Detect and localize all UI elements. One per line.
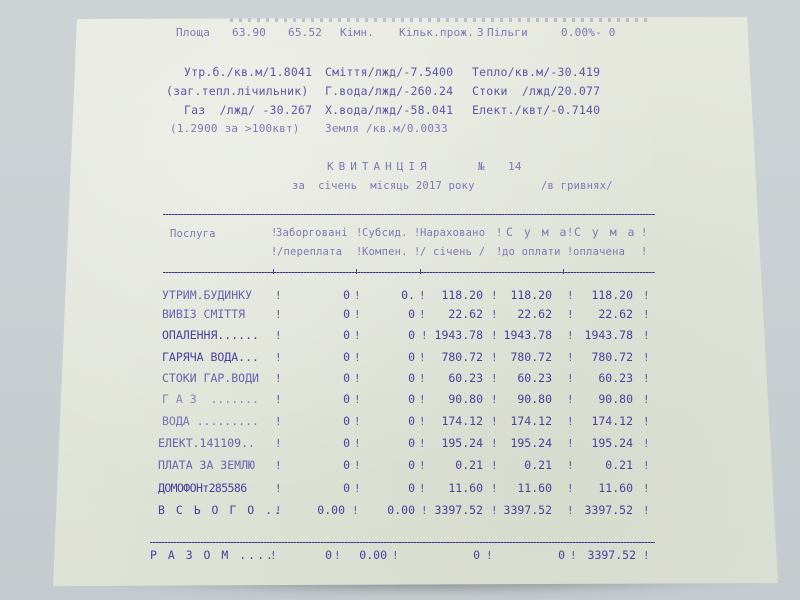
header-debt-line1: Заборговані	[276, 228, 348, 239]
debt-value: 0	[310, 309, 350, 321]
tariff-gas: Газ /лжд/ -30.267	[184, 105, 312, 117]
service-name: СТОКИ ГАР.ВОДИ	[162, 373, 259, 385]
cut-off-text	[230, 18, 650, 22]
subsidy-value: 0	[375, 416, 415, 428]
column-separator: !	[275, 459, 282, 472]
header-accrued-line2: / січень /	[420, 247, 485, 258]
paid-value: 1943.78	[575, 330, 633, 342]
subsidy-value: 0	[375, 309, 415, 321]
debt-value: 0	[310, 460, 350, 472]
due-value: 1943.78	[495, 330, 552, 342]
paid-value: 11.60	[575, 483, 633, 495]
header-debt-line2: /переплата	[277, 247, 342, 258]
service-name: ВОДА .........	[162, 416, 259, 428]
paid-value: 0.21	[575, 460, 633, 472]
subsidy-value: 0	[375, 373, 415, 385]
column-separator: !	[567, 372, 574, 385]
paid-value: 118.20	[575, 290, 633, 302]
column-separator: !	[567, 482, 574, 495]
column-separator: !	[567, 504, 574, 517]
total-accrued: 3397.52	[425, 505, 483, 517]
grand-total-accrued: 0	[440, 550, 480, 562]
accrued-value: 0.21	[425, 460, 483, 472]
due-value: 195.24	[495, 438, 552, 450]
column-separator: !	[643, 549, 650, 562]
service-name: ПЛАТА ЗА ЗЕМЛЮ	[158, 460, 255, 472]
header-end-sep: !	[641, 228, 648, 239]
column-separator: !	[275, 351, 282, 364]
subsidy-value: 0	[375, 352, 415, 364]
due-value: 11.60	[495, 483, 552, 495]
debt-value: 0	[310, 352, 350, 364]
column-separator: !	[643, 308, 650, 321]
total-debt: 0.00	[300, 505, 345, 517]
column-separator: !	[567, 308, 574, 321]
column-separator: !	[275, 393, 282, 406]
tariff-cold-water: Х.вода/лжд/-58.041	[325, 105, 453, 117]
area-label: Площа	[176, 27, 210, 38]
paid-value: 90.80	[575, 394, 633, 406]
column-separator: !	[354, 372, 361, 385]
heated-area: 65.52	[288, 27, 322, 38]
grand-total-due: 0	[530, 550, 565, 562]
total-label: В С Ь О Г О ..	[158, 505, 283, 517]
due-value: 118.20	[495, 290, 552, 302]
debt-value: 0	[310, 483, 350, 495]
tariff-heating: Тепло/кв.м/-30.419	[472, 67, 600, 79]
due-value: 90.80	[495, 394, 552, 406]
column-separator: !	[270, 549, 277, 562]
rule-tick	[563, 269, 564, 274]
column-separator: !	[275, 289, 282, 302]
service-name: ВИВІЗ СМІТТЯ	[162, 309, 245, 321]
subsidy-value: 0	[375, 394, 415, 406]
column-separator: !	[392, 549, 399, 562]
rule-tick	[420, 269, 421, 274]
column-separator: !	[275, 308, 282, 321]
grand-total-paid: 3397.52	[578, 550, 636, 562]
accrued-value: 60.23	[425, 373, 483, 385]
column-separator: !	[567, 459, 574, 472]
total-area: 63.90	[232, 27, 266, 38]
accrued-value: 22.62	[425, 309, 483, 321]
paid-value: 195.24	[575, 438, 633, 450]
accrued-value: 195.24	[425, 438, 483, 450]
residents-label: Кільк.прож.	[399, 27, 474, 38]
column-separator: !	[486, 549, 493, 562]
column-separator: !	[643, 351, 650, 364]
header-subsidy-line2: Компен.	[362, 247, 408, 258]
debt-value: 0	[310, 394, 350, 406]
due-value: 780.72	[495, 352, 552, 364]
subsidy-value: 0.	[375, 290, 415, 302]
header-paid-line2: оплачена	[573, 247, 625, 258]
debt-value: 0	[310, 416, 350, 428]
grand-total-label: Р А З О М ....	[150, 550, 275, 562]
column-separator: !	[275, 329, 282, 342]
debt-value: 0	[310, 290, 350, 302]
total-paid: 3397.52	[575, 505, 633, 517]
tariff-meter-note: (заг.тепл.лічильник)	[166, 86, 308, 98]
tariff-hot-water: Г.вода/лжд/-260.24	[325, 86, 453, 98]
header-paid-sep: !	[567, 228, 574, 239]
due-value: 174.12	[495, 416, 552, 428]
column-separator: !	[567, 351, 574, 364]
due-value: 60.23	[495, 373, 552, 385]
column-separator: !	[275, 415, 282, 428]
column-separator: !	[567, 437, 574, 450]
accrued-value: 118.20	[425, 290, 483, 302]
column-separator: !	[352, 504, 359, 517]
tariff-sewage: Стоки /лжд/20.077	[472, 86, 600, 98]
column-separator: !	[567, 393, 574, 406]
column-separator: !	[567, 415, 574, 428]
rooms-label: Кімн.	[340, 27, 374, 38]
debt-value: 0	[310, 373, 350, 385]
table-top-rule	[163, 214, 655, 215]
column-separator: !	[354, 289, 361, 302]
paid-value: 780.72	[575, 352, 633, 364]
total-due: 3397.52	[495, 505, 552, 517]
header-due-sep: !	[496, 228, 503, 239]
service-name: УТРИМ.БУДИНКУ	[162, 290, 252, 302]
grand-total-subsidy: 0.00	[345, 550, 387, 562]
column-separator: !	[275, 437, 282, 450]
accrued-value: 11.60	[425, 483, 483, 495]
column-separator: !	[354, 393, 361, 406]
column-separator: !	[354, 415, 361, 428]
accrued-value: 780.72	[425, 352, 483, 364]
service-name: ГАРЯЧА ВОДА...	[162, 352, 259, 364]
column-separator: !	[643, 393, 650, 406]
tariff-land: Земля /кв.м/0.0033	[325, 123, 448, 134]
accrued-value: 1943.78	[425, 330, 483, 342]
header-due-line1: С у м а	[506, 227, 568, 239]
column-separator: !	[570, 549, 577, 562]
column-separator: !	[567, 289, 574, 302]
paid-value: 22.62	[575, 309, 633, 321]
column-separator: !	[643, 504, 650, 517]
rule-tick	[273, 269, 274, 274]
column-separator: !	[643, 372, 650, 385]
tariff-maintenance: Утр.б./кв.м/1.8041	[184, 67, 312, 79]
total-subsidy: 0.00	[370, 505, 415, 517]
tariff-electricity: Елект./квт/-0.7140	[472, 105, 600, 117]
column-separator: !	[643, 482, 650, 495]
column-separator: !	[354, 329, 361, 342]
column-separator: !	[643, 437, 650, 450]
tariff-garbage: Сміття/лжд/-7.5400	[325, 67, 453, 79]
benefits-label: Пільги	[487, 27, 528, 38]
debt-value: 0	[310, 438, 350, 450]
tariff-electricity-note: (1.2900 за >100квт)	[170, 123, 300, 134]
residents-count: 3	[477, 27, 484, 38]
column-separator: !	[643, 329, 650, 342]
summary-rule	[150, 542, 655, 543]
column-separator: !	[275, 482, 282, 495]
subsidy-value: 0	[375, 483, 415, 495]
accrued-value: 174.12	[425, 416, 483, 428]
column-separator: !	[354, 482, 361, 495]
receipt-number: 14	[508, 161, 522, 172]
column-separator: !	[643, 415, 650, 428]
column-separator: !	[354, 308, 361, 321]
service-name: Г А З .......	[162, 394, 259, 406]
header-subsidy-line1: Субсид.	[362, 228, 408, 239]
currency-note: /в гривнях/	[541, 181, 613, 192]
benefits-value: 0.00%- 0	[561, 27, 616, 38]
service-name: ДОМОФОНт285586	[158, 483, 247, 495]
subsidy-value: 0	[375, 330, 415, 342]
utility-receipt: Площа 63.90 65.52 Кімн. Кільк.прож. 3 Пі…	[0, 0, 800, 600]
column-separator: !	[334, 549, 341, 562]
due-value: 22.62	[495, 309, 552, 321]
subsidy-value: 0	[375, 460, 415, 472]
header-bottom-rule	[163, 272, 655, 273]
service-name: ОПАЛЕННЯ......	[162, 330, 259, 342]
header-end-sep2: !	[641, 247, 648, 258]
header-accrued-line1: Нараховано	[420, 228, 485, 239]
rule-tick	[356, 269, 357, 274]
accrued-value: 90.80	[425, 394, 483, 406]
column-separator: !	[275, 372, 282, 385]
paid-value: 174.12	[575, 416, 633, 428]
column-separator: !	[354, 437, 361, 450]
receipt-title: КВИТАНЦІЯ	[327, 161, 432, 172]
column-separator: !	[643, 289, 650, 302]
subsidy-value: 0	[375, 438, 415, 450]
header-paid-line1: С у м а	[574, 227, 636, 239]
column-separator: !	[354, 459, 361, 472]
grand-total-debt: 0	[300, 550, 332, 562]
header-due-line2: до оплати	[502, 247, 561, 258]
column-separator: !	[643, 459, 650, 472]
service-name: ЕЛЕКТ.141109..	[158, 438, 255, 450]
header-service: Послуга	[170, 229, 216, 240]
billing-period: за січень місяць 2017 року	[292, 181, 475, 192]
debt-value: 0	[310, 330, 350, 342]
paid-value: 60.23	[575, 373, 633, 385]
column-separator: !	[354, 351, 361, 364]
column-separator: !	[567, 329, 574, 342]
column-separator: !	[275, 504, 282, 517]
receipt-number-sign: №	[478, 161, 485, 172]
due-value: 0.21	[495, 460, 552, 472]
